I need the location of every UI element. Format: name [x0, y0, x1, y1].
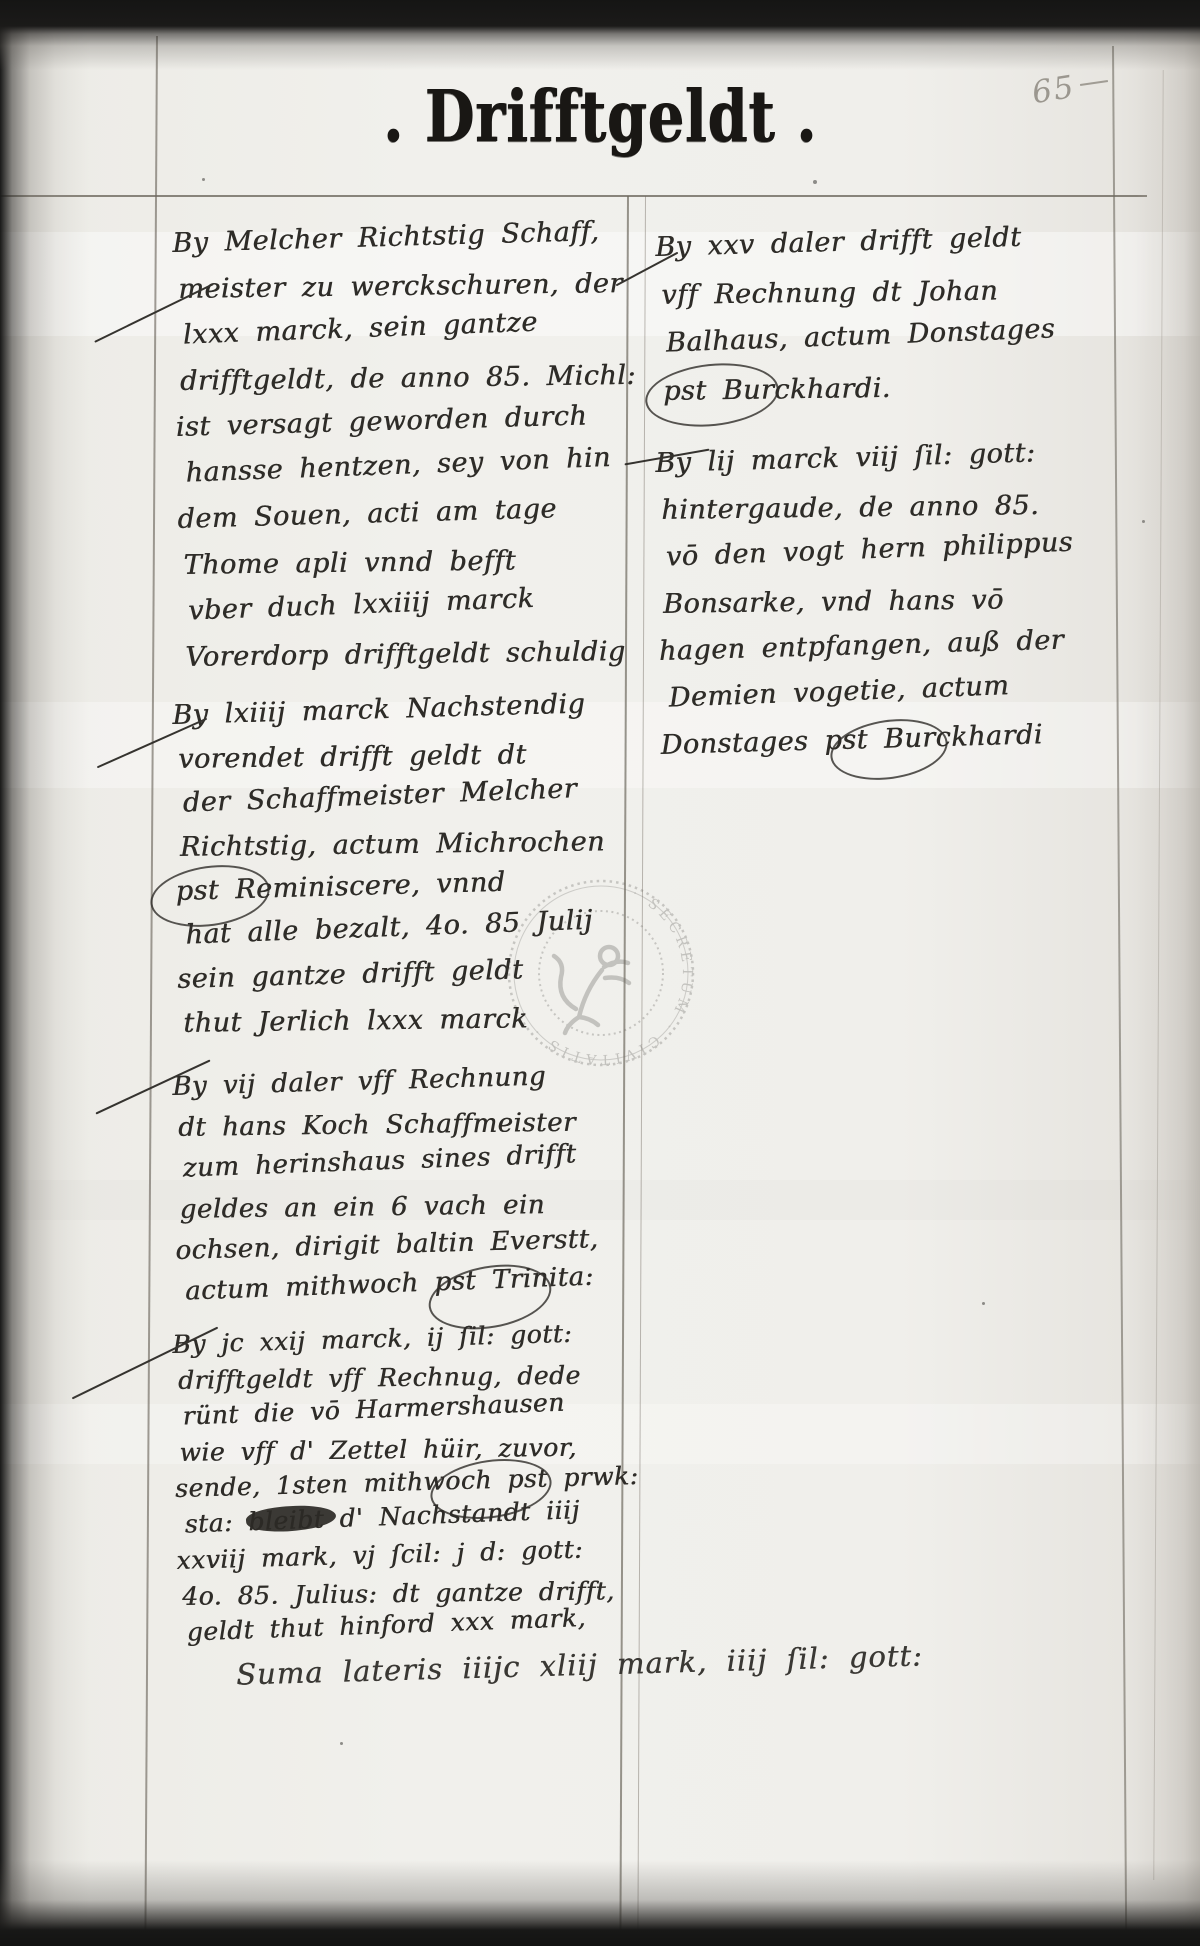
manuscript-line: By vij daler vff Rechnung — [172, 1060, 596, 1113]
right-margin-rule-line — [1112, 46, 1127, 1946]
binding-edge-left — [0, 0, 90, 1946]
manuscript-line: By Melcher Richtstig Schaff, — [172, 215, 629, 274]
dust-speck — [982, 1302, 985, 1305]
page-edge-right — [1136, 0, 1200, 1946]
manuscript-scan-page: · SECRETUM · CIVITATIS · 65 . Drifftgeld… — [0, 0, 1200, 1946]
manuscript-line: thut Jerlich lxxx marck — [183, 1002, 609, 1052]
dust-speck — [813, 180, 817, 184]
folio-number: 65 — [1029, 69, 1078, 111]
scan-edge-bottom — [0, 1860, 1200, 1946]
header-rule-line — [0, 195, 1147, 197]
entry-paragraph: By jc xxij marck, ij ſil: gott: drifftge… — [172, 1321, 642, 1654]
entry-paragraph: By Melcher Richtstig Schaff, meister zu … — [172, 219, 637, 688]
folio-number-flourish — [1080, 80, 1108, 86]
manuscript-line: Vorerdorp drifftgeldt schuldig — [185, 636, 642, 688]
manuscript-line: By lij marck viij ſil: gott: — [655, 437, 1063, 495]
page-title: . Drifftgeldt . — [352, 75, 849, 158]
manuscript-line: By jc xxij marck, ij ſil: gott: — [172, 1317, 636, 1366]
left-margin-rule-line — [144, 36, 158, 1946]
manuscript-line: By lxiiij marck Nachstendig — [172, 688, 598, 744]
manuscript-line: By xxv daler drifft geldt — [655, 221, 1046, 280]
dust-speck — [340, 1742, 343, 1745]
dust-speck — [202, 178, 205, 181]
scan-edge-top — [0, 0, 1200, 70]
